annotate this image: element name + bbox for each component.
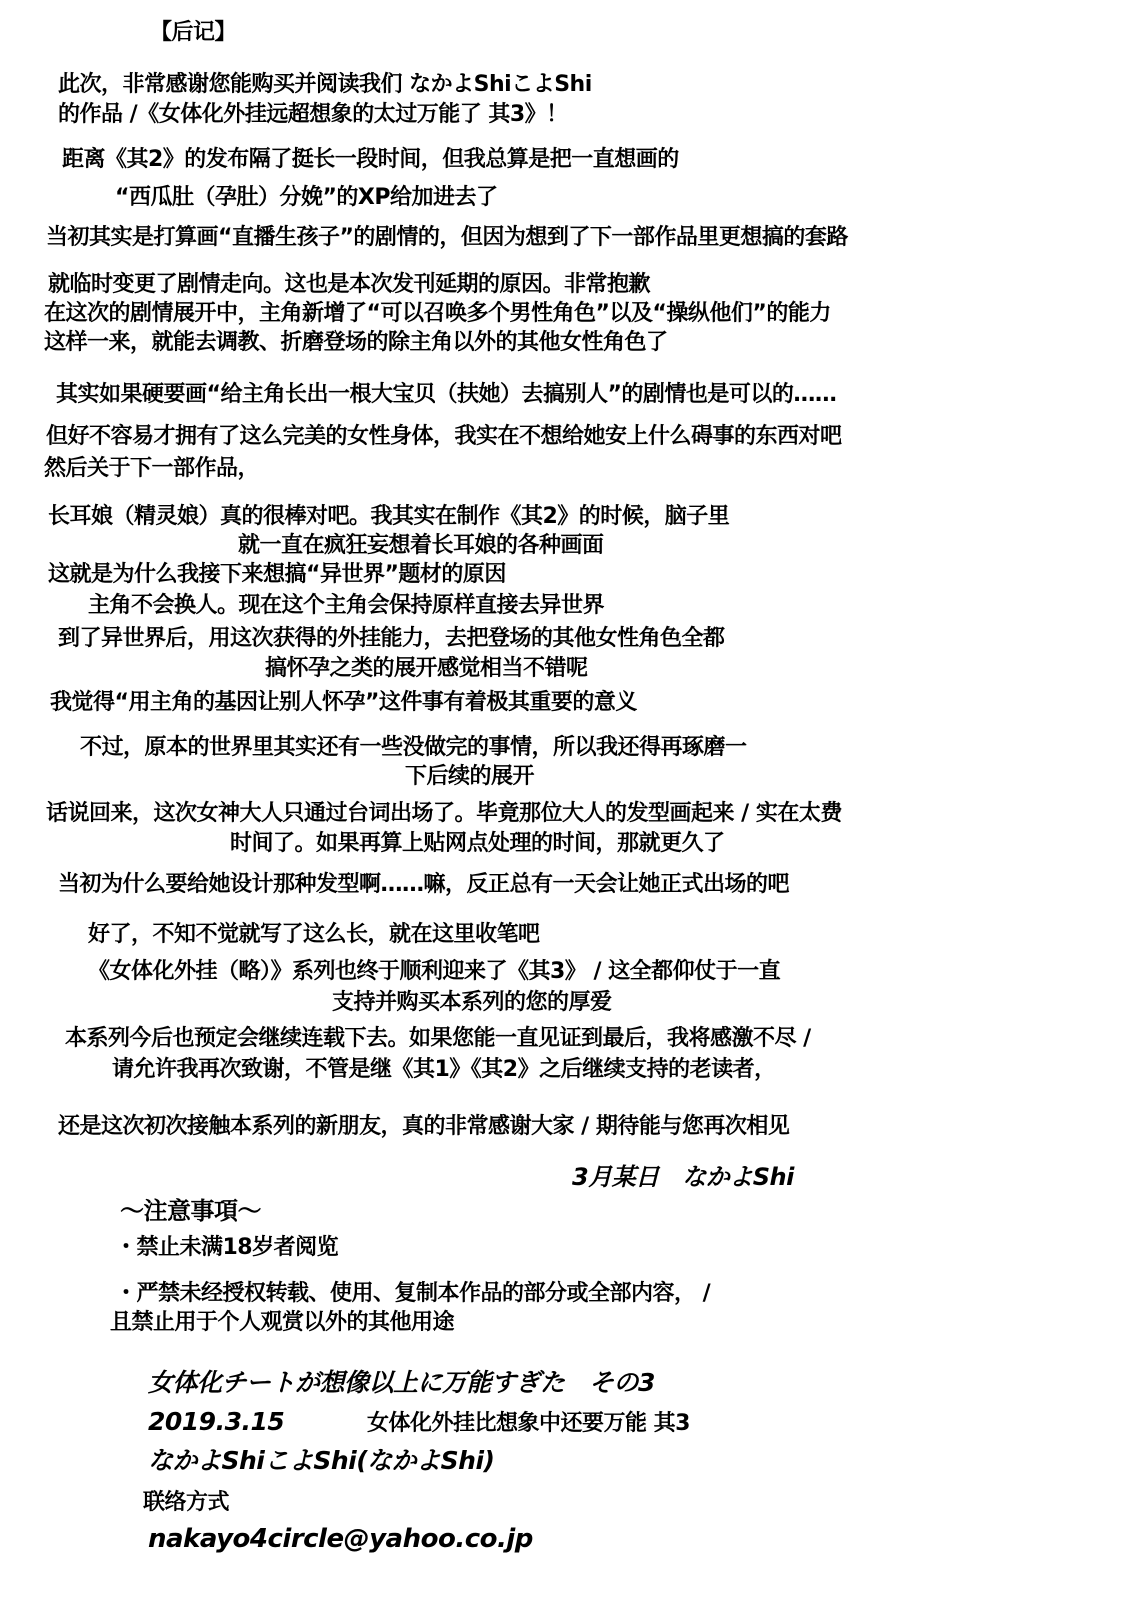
- afterword-line: 的作品 /《女体化外挂远超想象的太过万能了 其3》！: [58, 100, 568, 130]
- notice-item: ・禁止未满18岁者阅览: [115, 1233, 338, 1263]
- afterword-line: 其实如果硬要画“给主角长出一根大宝贝（扶她）去搞别人”的剧情也是可以的……: [56, 380, 836, 410]
- afterword-heading: 【后记】: [150, 18, 236, 48]
- afterword-line: “西瓜肚（孕肚）分娩”的XP给加进去了: [115, 183, 498, 213]
- afterword-line: 搞怀孕之类的展开感觉相当不错呢: [265, 654, 588, 684]
- afterword-line: 当初其实是打算画“直播生孩子”的剧情的，但因为想到了下一部作品里更想搞的套路: [46, 223, 848, 253]
- afterword-line: 话说回来，这次女神大人只通过台词出场了。毕竟那位大人的发型画起来 / 实在太费: [46, 799, 842, 829]
- afterword-line: 不过，原本的世界里其实还有一些没做完的事情，所以我还得再琢磨一: [80, 733, 747, 763]
- colophon-circle: なかよShiこよShi(なかよShi): [148, 1446, 494, 1476]
- afterword-line: 就临时变更了剧情走向。这也是本次发刊延期的原因。非常抱歉: [48, 270, 650, 300]
- colophon-email[interactable]: nakayo4circle@yahoo.co.jp: [148, 1524, 533, 1554]
- afterword-line: 还是这次初次接触本系列的新朋友，真的非常感谢大家 / 期待能与您再次相见: [58, 1112, 789, 1142]
- afterword-line: 主角不会换人。现在这个主角会保持原样直接去异世界: [88, 591, 604, 621]
- afterword-line: 这就是为什么我接下来想搞“异世界”题材的原因: [48, 560, 506, 590]
- afterword-signature: 3月某日 なかよShi: [572, 1162, 794, 1192]
- notice-item: 且禁止用于个人观赏以外的其他用途: [110, 1308, 454, 1338]
- afterword-line: 《女体化外挂（略）》系列也终于顺利迎来了《其3》 / 这全都仰仗于一直: [88, 957, 780, 987]
- afterword-line: 在这次的剧情展开中，主角新增了“可以召唤多个男性角色”以及“操纵他们”的能力: [44, 299, 831, 329]
- afterword-line: 此次，非常感谢您能购买并阅读我们 なかよShiこよShi: [58, 70, 592, 100]
- afterword-line: 到了异世界后，用这次获得的外挂能力，去把登场的其他女性角色全都: [58, 624, 725, 654]
- afterword-line: 时间了。如果再算上贴网点处理的时间，那就更久了: [230, 829, 725, 859]
- afterword-line: 下后续的展开: [405, 762, 534, 792]
- notice-item: ・严禁未经授权转载、使用、复制本作品的部分或全部内容， /: [115, 1279, 710, 1309]
- afterword-line: 距离《其2》的发布隔了挺长一段时间，但我总算是把一直想画的: [62, 145, 679, 175]
- afterword-line: 请允许我再次致谢，不管是继《其1》《其2》之后继续支持的老读者，: [112, 1055, 776, 1085]
- afterword-line: 本系列今后也预定会继续连载下去。如果您能一直见证到最后，我将感激不尽 /: [65, 1024, 811, 1054]
- afterword-line: 就一直在疯狂妄想着长耳娘的各种画面: [238, 531, 604, 561]
- colophon-title-cn: 女体化外挂比想象中还要万能 其3: [367, 1409, 690, 1439]
- afterword-line: 然后关于下一部作品，: [44, 454, 259, 484]
- afterword-line: 支持并购买本系列的您的厚爱: [332, 988, 612, 1018]
- colophon-title-jp: 女体化チートが想像以上に万能すぎた その3: [148, 1368, 655, 1398]
- afterword-line: 好了，不知不觉就写了这么长，就在这里收笔吧: [88, 920, 540, 950]
- afterword-line: 这样一来，就能去调教、折磨登场的除主角以外的其他女性角色了: [44, 328, 668, 358]
- afterword-line: 长耳娘（精灵娘）真的很棒对吧。我其实在制作《其2》的时候，脑子里: [48, 502, 729, 532]
- afterword-line: 当初为什么要给她设计那种发型啊……嘛，反正总有一天会让她正式出场的吧: [58, 870, 789, 900]
- afterword-line: 我觉得“用主角的基因让别人怀孕”这件事有着极其重要的意义: [50, 688, 637, 718]
- colophon-contact-label: 联络方式: [143, 1488, 229, 1518]
- afterword-line: 但好不容易才拥有了这么完美的女性身体，我实在不想给她安上什么碍事的东西对吧: [46, 422, 842, 452]
- colophon-date: 2019.3.15: [148, 1407, 284, 1437]
- notice-heading: ～注意事項～: [120, 1196, 261, 1226]
